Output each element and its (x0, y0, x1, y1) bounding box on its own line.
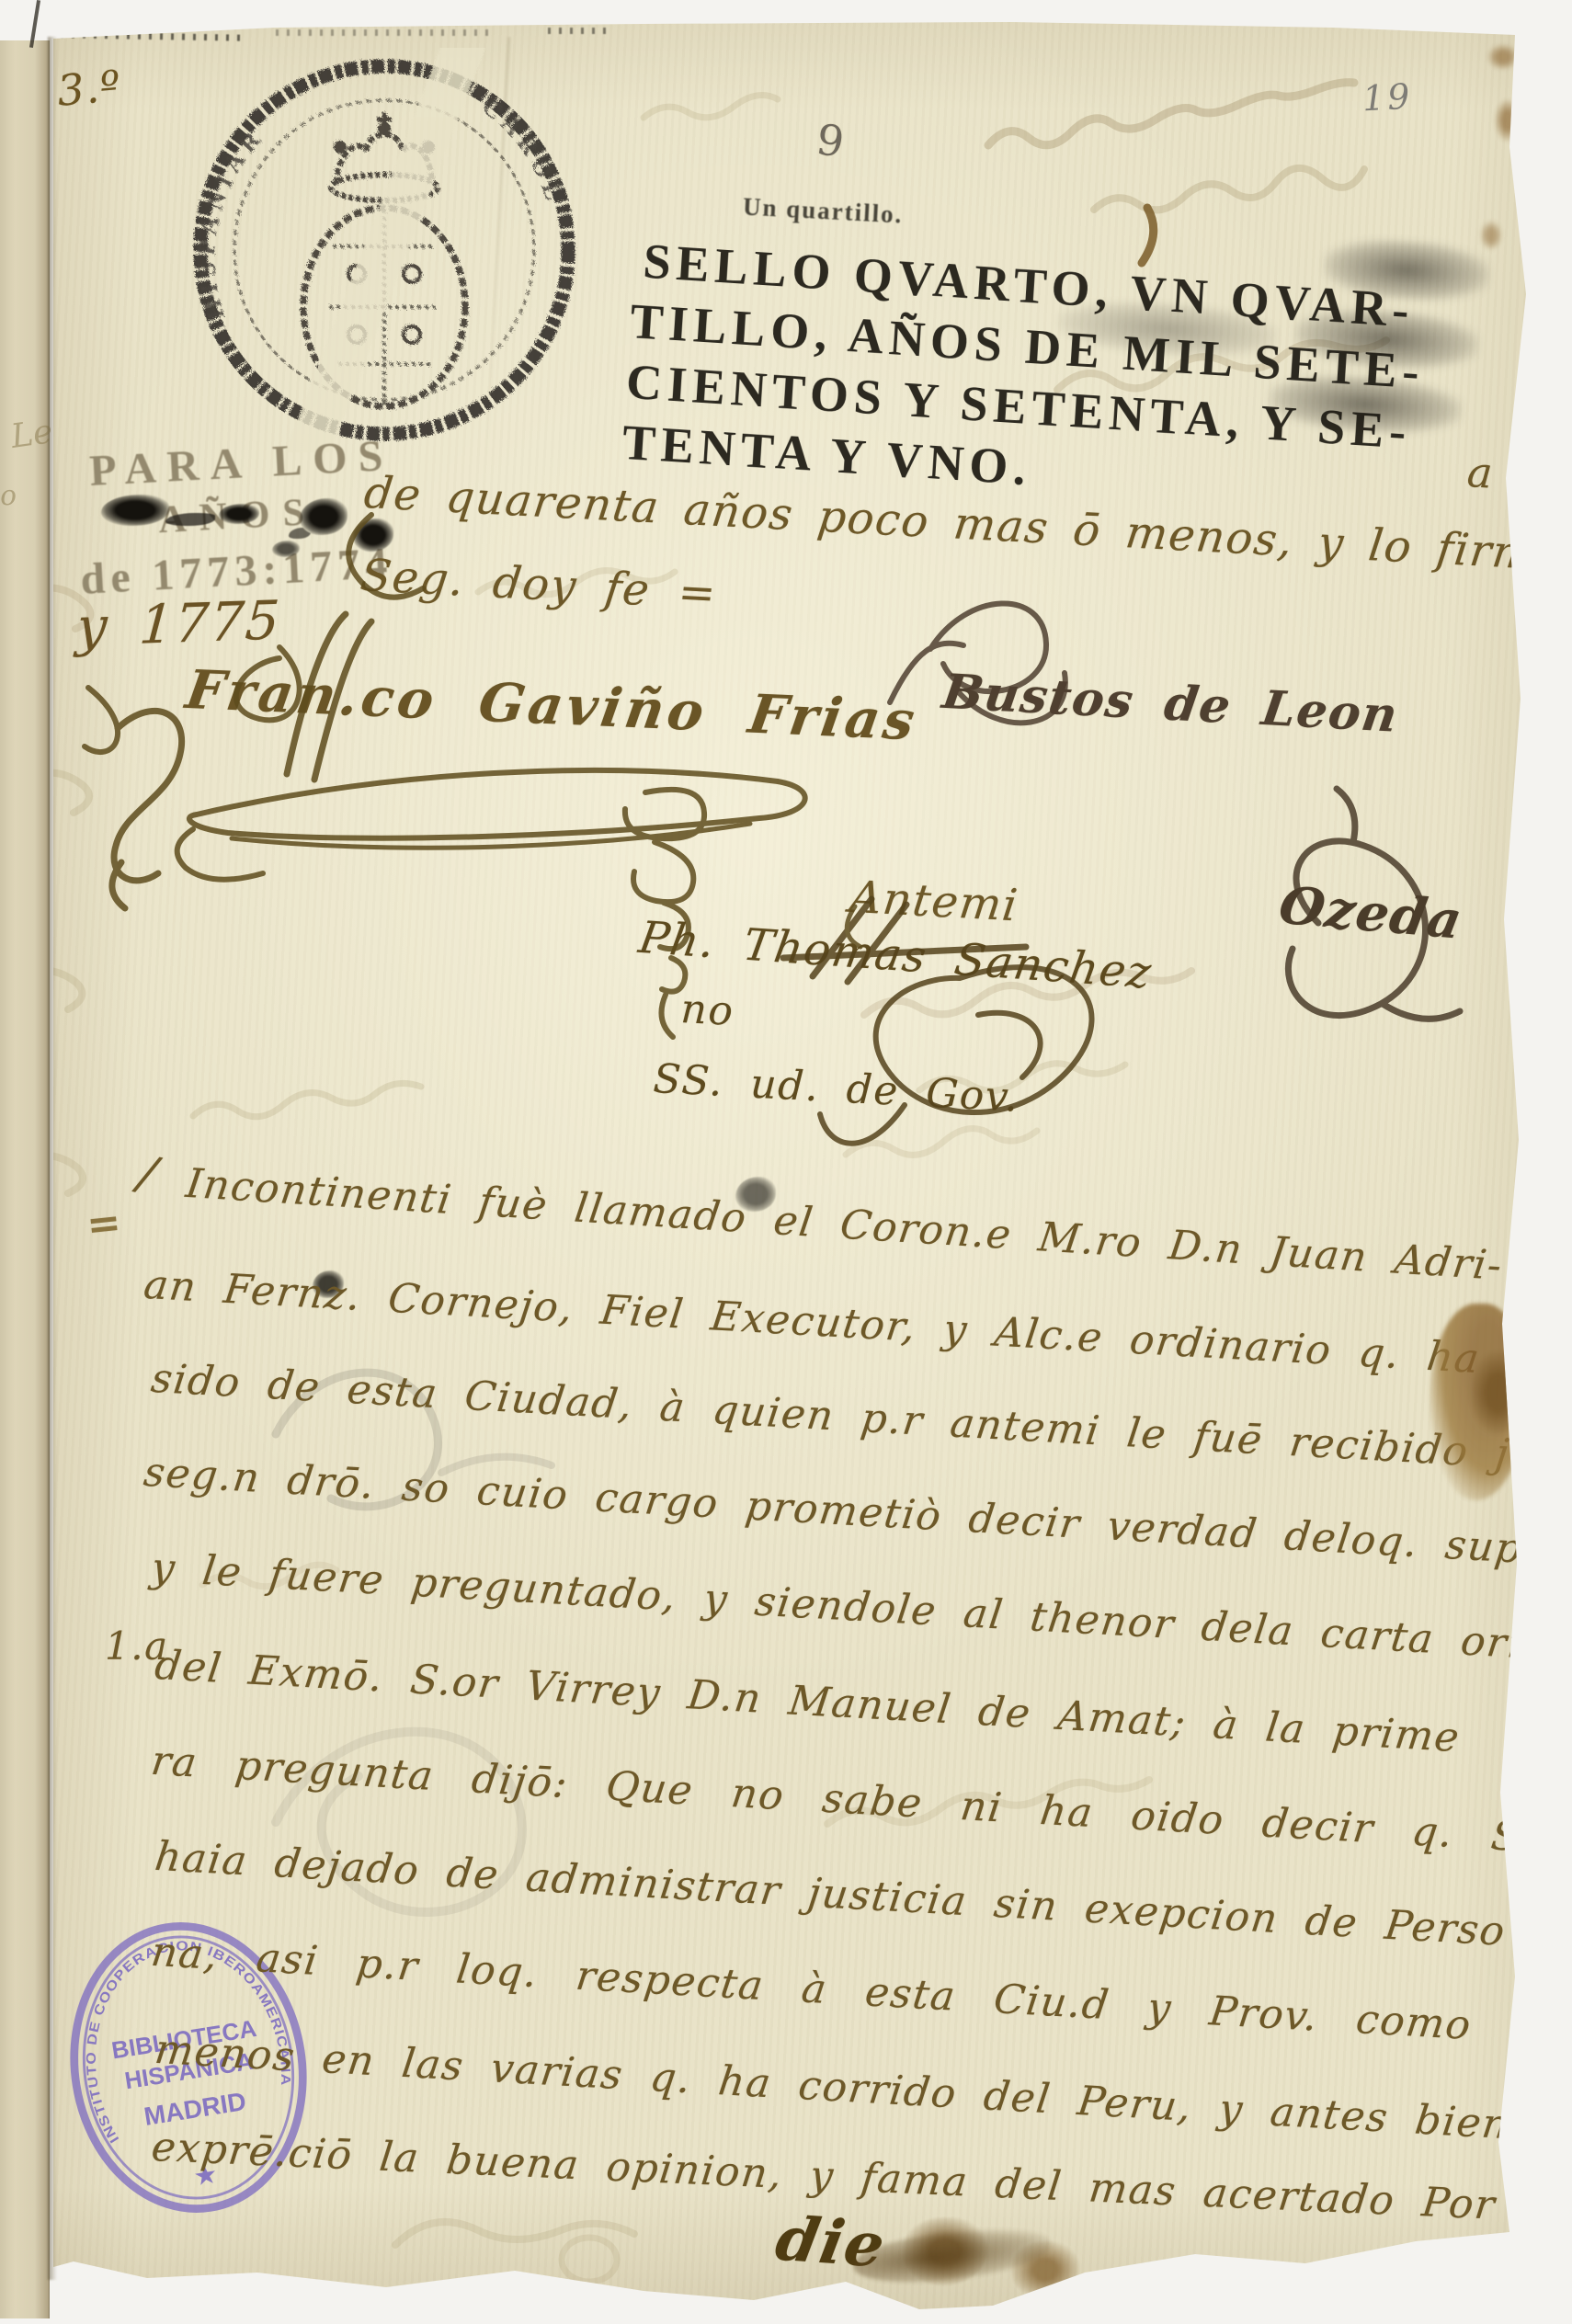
edge-ink-specks (276, 29, 496, 36)
gutter-shadow (48, 37, 57, 2280)
edge-stain (1487, 44, 1519, 70)
edge-stain (1495, 99, 1521, 142)
overprint-smudge (1322, 235, 1491, 305)
document-scan: Le o (0, 0, 1572, 2324)
seal-ring-text: HISPANIAR (192, 121, 270, 323)
ante-mi-note: Antemi (847, 871, 1021, 931)
raised-word: a (1465, 447, 1496, 498)
facing-page-edge: Le o (0, 40, 50, 2318)
folio-number-pencil: 19 (1361, 76, 1414, 120)
gutter-text-fragment: o (0, 479, 17, 512)
handwritten-years-addition: y 1775 (74, 588, 282, 658)
notary-line: no (679, 985, 735, 1035)
manuscript-page: HISPANIAR CAROL 3.º 9 19 Un quartillo. S… (0, 0, 1572, 2324)
seal-diagonal-void (277, 48, 487, 452)
svg-text:HISPANIAR: HISPANIAR (192, 121, 270, 323)
edge-ink-specks (548, 28, 612, 34)
royal-seal-stamp: HISPANIAR CAROL (182, 48, 587, 452)
margin-question-number: 1.a (105, 1623, 169, 1669)
edge-stain (1471, 1351, 1526, 1434)
margin-equals-mark: = (85, 1199, 124, 1249)
corner-numbering: 3.º (55, 61, 123, 116)
